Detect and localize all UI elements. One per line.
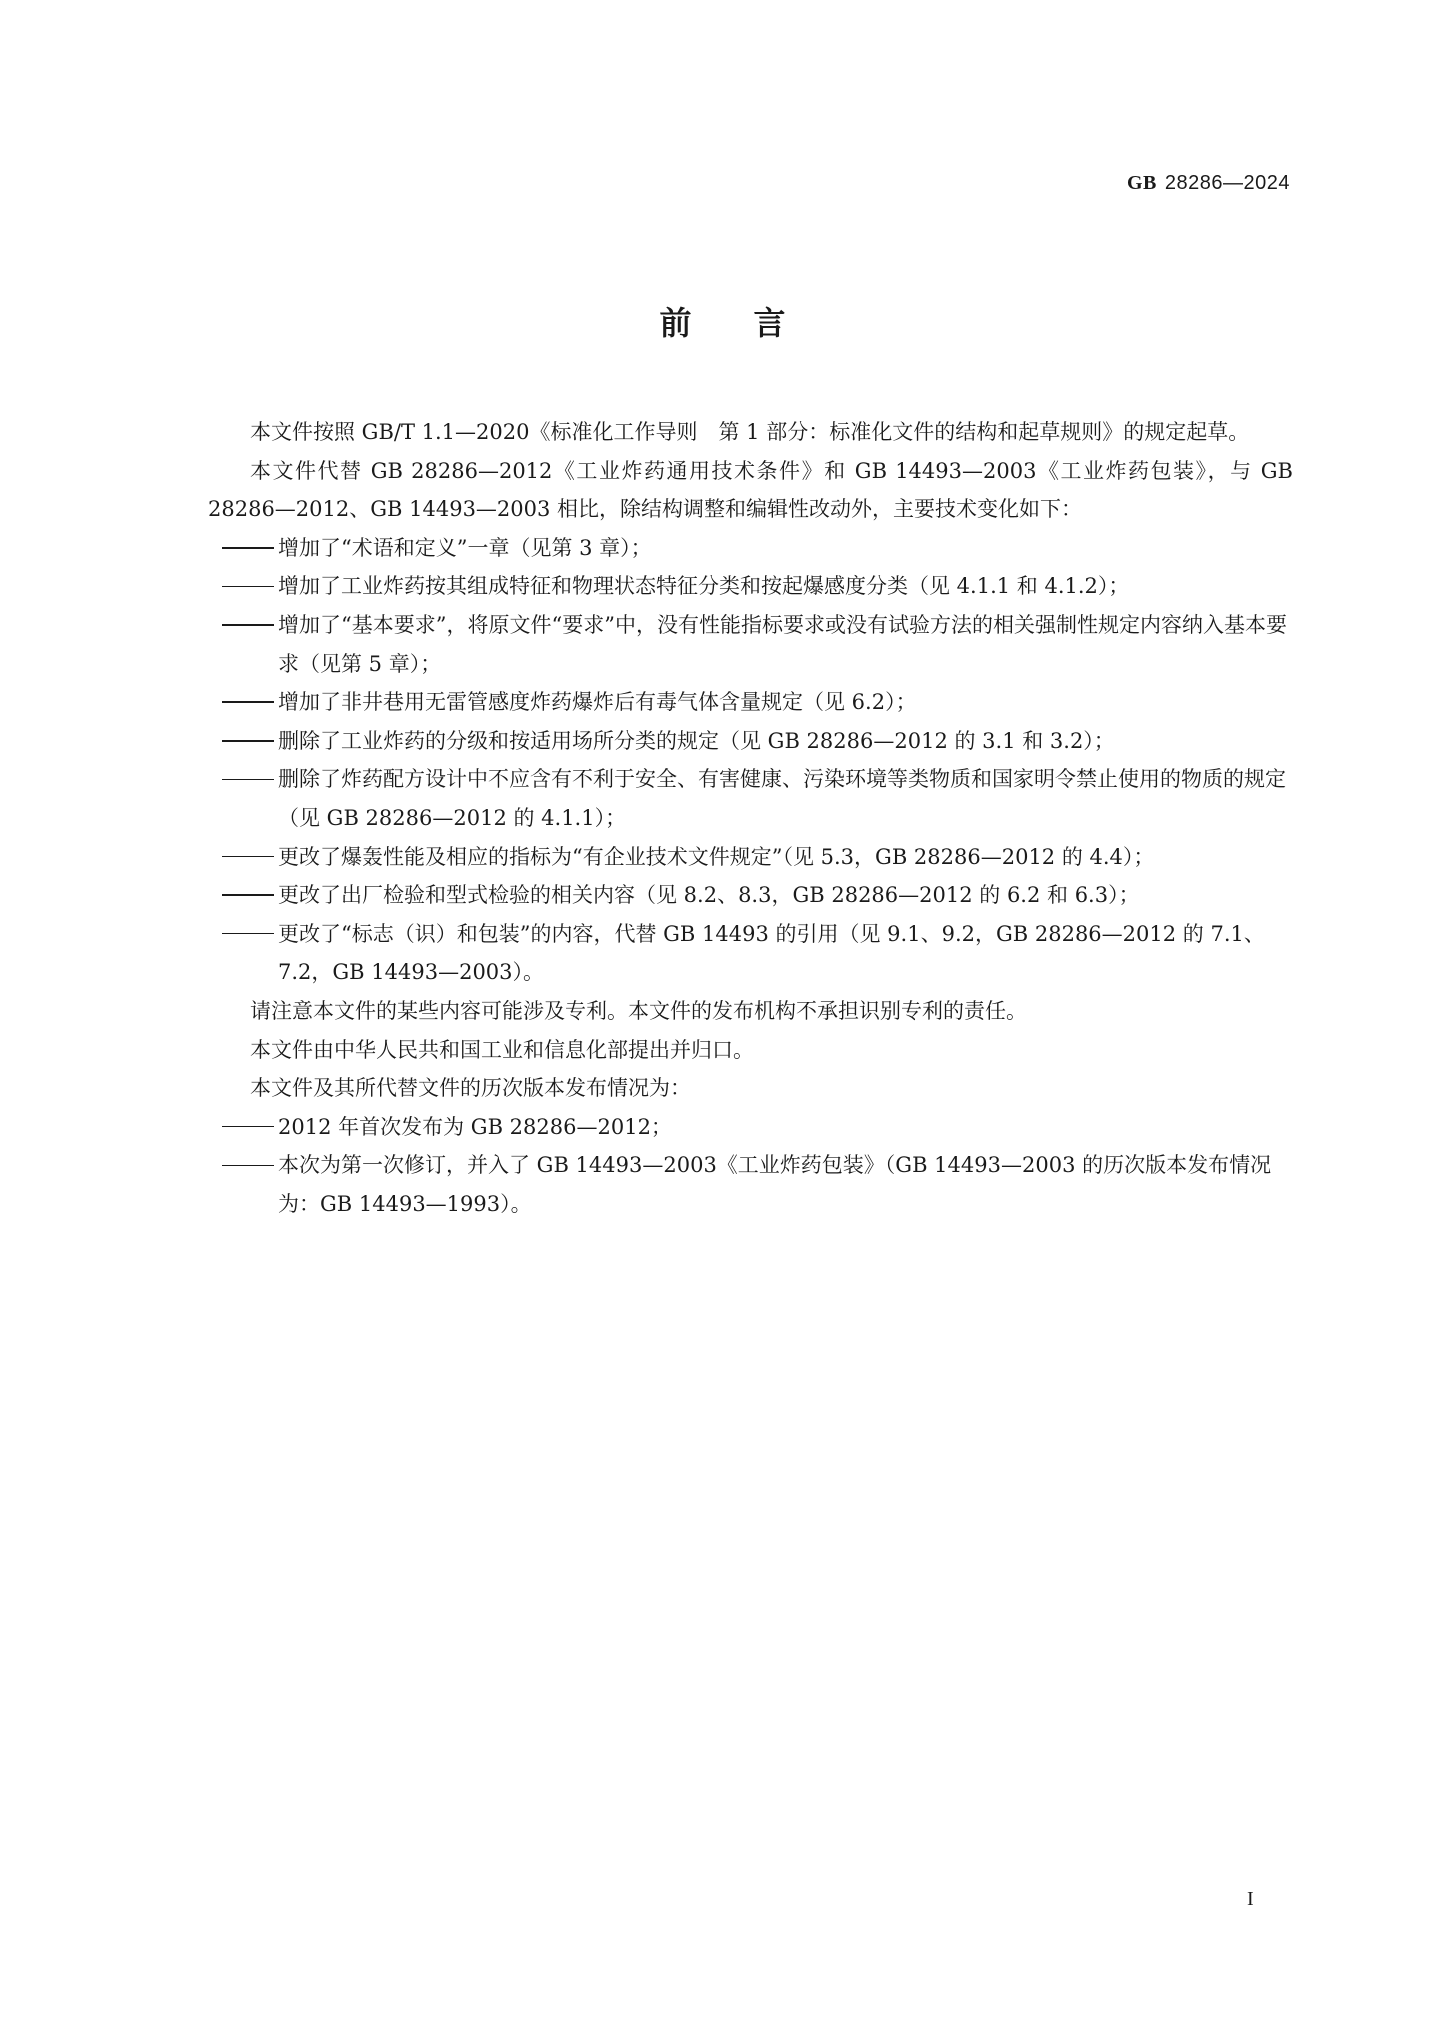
list-item: 增加了工业炸药按其组成特征和物理状态特征分类和按起爆感度分类（见 4.1.1 和… [222,567,1293,606]
paragraph-proposer: 本文件由中华人民共和国工业和信息化部提出并归口。 [208,1031,1293,1070]
dash-marker [222,683,278,722]
changes-list: 增加了“术语和定义”一章（见第 3 章）； 增加了工业炸药按其组成特征和物理状态… [208,529,1293,992]
dash-marker [222,1108,278,1147]
dash-marker [222,838,278,877]
dash-marker [222,915,278,954]
paragraph-history-intro: 本文件及其所代替文件的历次版本发布情况为： [208,1069,1293,1108]
history-list: 2012 年首次发布为 GB 28286—2012； 本次为第一次修订，并入了 … [208,1108,1293,1224]
dash-marker [222,876,278,915]
list-item: 更改了爆轰性能及相应的指标为“有企业技术文件规定”（见 5.3，GB 28286… [222,838,1293,877]
foreword-body: 本文件按照 GB/T 1.1—2020《标准化工作导则 第 1 部分：标准化文件… [208,413,1293,1223]
list-item: 增加了“术语和定义”一章（见第 3 章）； [222,529,1293,568]
list-item: 本次为第一次修订，并入了 GB 14493—2003《工业炸药包装》（GB 14… [222,1146,1293,1223]
paragraph-replacement: 本文件代替 GB 28286—2012《工业炸药通用技术条件》和 GB 1449… [208,452,1293,529]
standard-number: GB28286—2024 [1127,172,1290,195]
title-char-2: 言 [754,298,786,344]
list-item: 2012 年首次发布为 GB 28286—2012； [222,1108,1293,1147]
dash-marker [222,722,278,761]
paragraph-drafting-rules: 本文件按照 GB/T 1.1—2020《标准化工作导则 第 1 部分：标准化文件… [208,413,1293,452]
page-title: 前言 [0,298,1445,344]
list-item: 删除了工业炸药的分级和按适用场所分类的规定（见 GB 28286—2012 的 … [222,722,1293,761]
dash-marker [222,606,278,645]
list-item: 增加了非井巷用无雷管感度炸药爆炸后有毒气体含量规定（见 6.2）； [222,683,1293,722]
dash-marker [222,760,278,799]
standard-prefix: GB [1127,172,1157,194]
title-char-1: 前 [659,298,691,344]
list-item: 更改了出厂检验和型式检验的相关内容（见 8.2、8.3，GB 28286—201… [222,876,1293,915]
dash-marker [222,529,278,568]
page-number: I [1247,1888,1254,1911]
list-item: 增加了“基本要求”，将原文件“要求”中，没有性能指标要求或没有试验方法的相关强制… [222,606,1293,683]
paragraph-patent-notice: 请注意本文件的某些内容可能涉及专利。本文件的发布机构不承担识别专利的责任。 [208,992,1293,1031]
dash-marker [222,1146,278,1185]
standard-code: 28286—2024 [1165,172,1290,194]
list-item: 更改了“标志（识）和包装”的内容，代替 GB 14493 的引用（见 9.1、9… [222,915,1293,992]
dash-marker [222,567,278,606]
list-item: 删除了炸药配方设计中不应含有不利于安全、有害健康、污染环境等类物质和国家明令禁止… [222,760,1293,837]
